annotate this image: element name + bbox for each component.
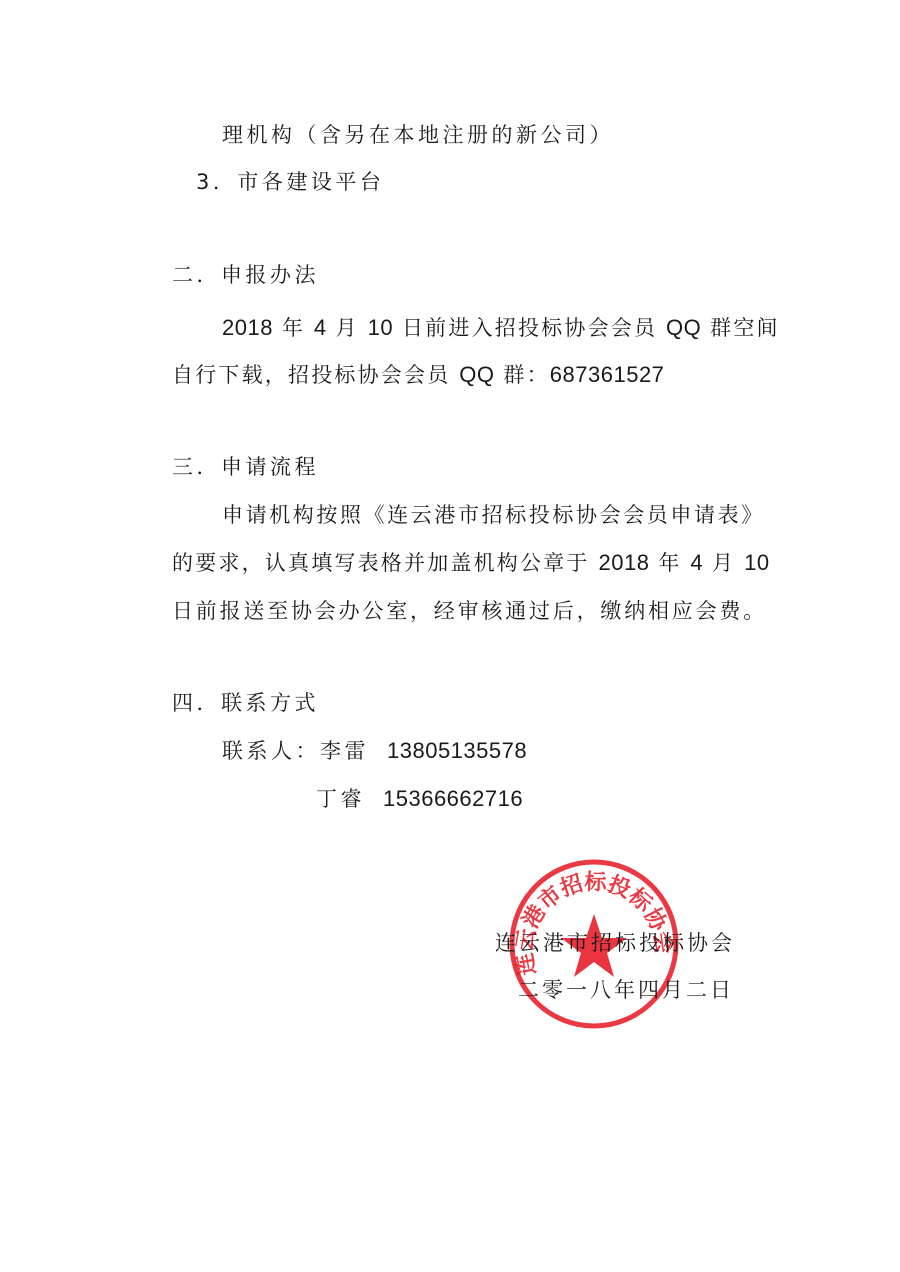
section-heading-4: 四．联系方式 <box>172 688 319 718</box>
signature-date: 二零一八年四月二日 <box>518 974 734 1004</box>
section-3-line-2: 的要求，认真填写表格并加盖机构公章于 2018 年 4 月 10 <box>172 548 770 578</box>
text: 群： <box>495 363 550 387</box>
section-2-paragraph-line-1: 2018 年 4 月 10 日前进入招投标协会会员 QQ 群空间 <box>222 313 780 343</box>
section-heading-3: 三．申请流程 <box>172 452 319 482</box>
text: 自行下载，招投标协会会员 <box>172 363 459 387</box>
contact-name: 丁睿 <box>316 787 365 811</box>
contact-name: 李雷 <box>320 739 369 763</box>
text: 群空间 <box>701 316 779 340</box>
section-3-line-3: 日前报送至协会办公室，经审核通过后，缴纳相应会费。 <box>172 596 767 626</box>
section-3-line-1: 申请机构按照《连云港市招标投标协会会员申请表》 <box>222 500 765 530</box>
section-heading-2: 二．申报办法 <box>172 260 319 290</box>
qq-group-number: 687361527 <box>550 362 665 387</box>
month: 4 <box>314 315 327 340</box>
text: 月 <box>327 316 368 340</box>
signature-organization: 连云港市招标投标协会 <box>495 927 735 957</box>
text: 月 <box>703 551 744 575</box>
text: 日前进入招投标协会会员 <box>393 316 666 340</box>
qq-label: QQ <box>666 315 701 340</box>
contact-row-1: 联系人：李雷13805135578 <box>222 736 527 766</box>
year: 2018 <box>598 550 649 575</box>
text: 年 <box>649 551 690 575</box>
contact-row-2: 丁睿15366662716 <box>316 784 523 814</box>
contact-phone: 15366662716 <box>383 786 523 811</box>
contact-label: 联系人： <box>222 739 320 763</box>
text: 年 <box>273 316 314 340</box>
month: 4 <box>690 550 703 575</box>
qq-label: QQ <box>459 362 494 387</box>
section-2-paragraph-line-2: 自行下载，招投标协会会员 QQ 群：687361527 <box>172 360 664 390</box>
day: 10 <box>744 550 769 575</box>
day: 10 <box>368 315 393 340</box>
continued-list-item: 理机构（含另在本地注册的新公司） <box>222 120 614 150</box>
text: 的要求，认真填写表格并加盖机构公章于 <box>172 551 598 575</box>
list-item-3: 3．市各建设平台 <box>196 167 384 197</box>
year: 2018 <box>222 315 273 340</box>
contact-phone: 13805135578 <box>387 738 527 763</box>
